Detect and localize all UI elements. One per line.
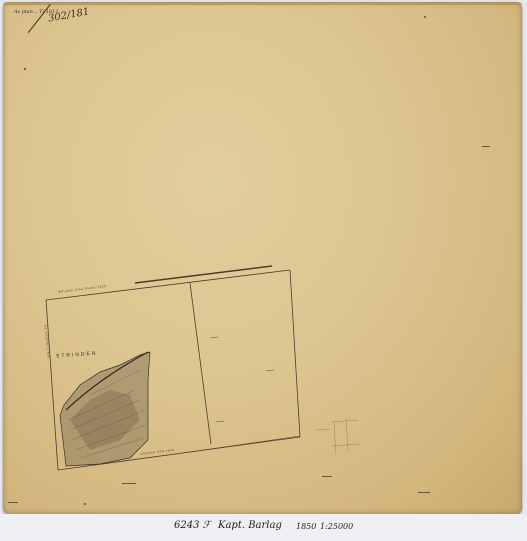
catalog-label-strip: 6243 ℱ Kapt. Barlag 1850 1:25000 [0, 514, 527, 541]
map-scale: 1:25000 [320, 522, 353, 531]
surveyor-name: Kapt. Barlag [218, 520, 282, 531]
sheet-number: 6243 ℱ [174, 520, 211, 531]
survey-year: 1850 [296, 522, 316, 531]
map-drawing [0, 0, 527, 541]
